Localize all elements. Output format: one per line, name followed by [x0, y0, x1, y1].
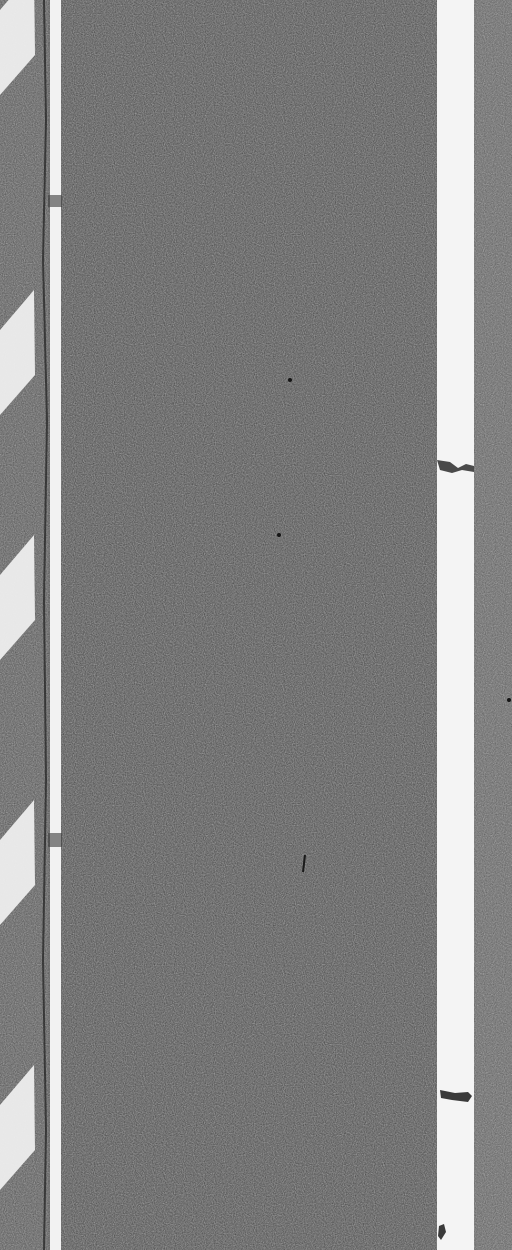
pavement-spot [277, 533, 281, 537]
pavement-spot [288, 378, 292, 382]
left-edge-line [50, 0, 61, 1250]
road-surface [0, 0, 512, 1250]
right-edge-line [437, 0, 474, 1250]
road-aerial-image [0, 0, 512, 1250]
pavement-spot [507, 698, 511, 702]
left-edge-line-gap [48, 833, 62, 847]
right-shoulder [474, 0, 512, 1250]
left-edge-line-gap [48, 195, 62, 207]
asphalt-lane [0, 0, 512, 1250]
